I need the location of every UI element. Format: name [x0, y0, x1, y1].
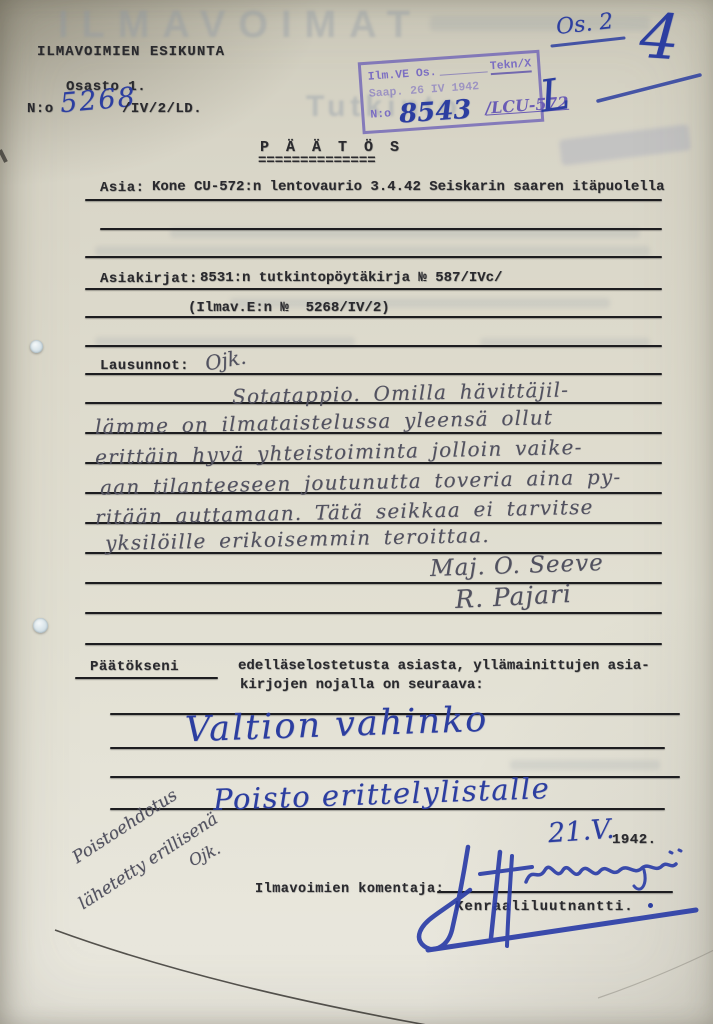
- paper-creases: [0, 0, 713, 1024]
- document-page: ILMAVOIMAT Tutkinto ILMAVOIMIEN ESIKUNTA…: [0, 0, 713, 1024]
